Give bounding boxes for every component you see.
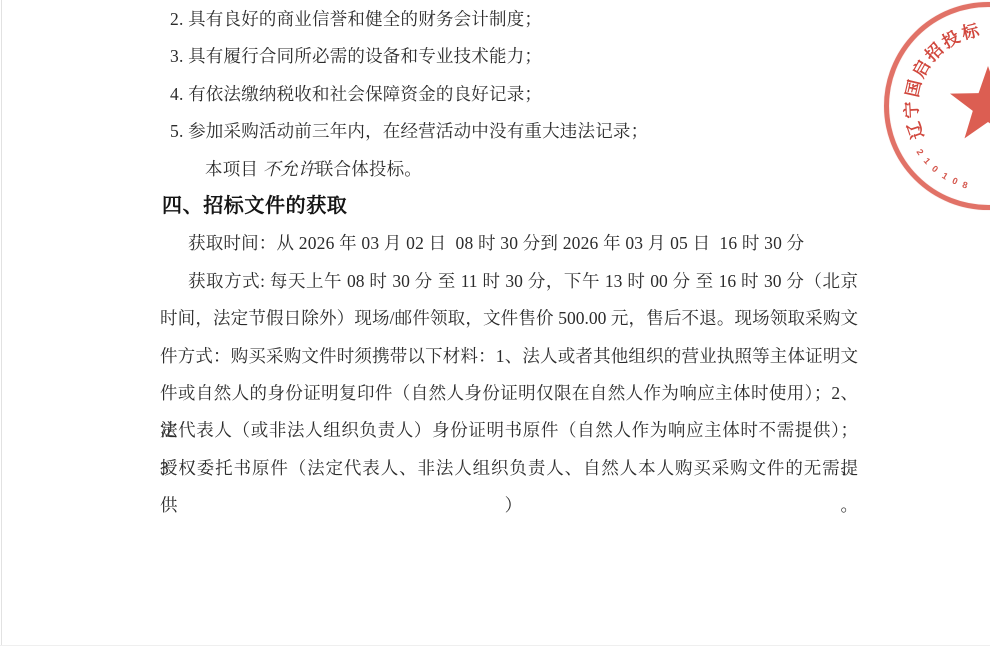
acquisition-method-line-5: 定代表人（或非法人组织负责人）身份证明书原件（自然人作为响应主体时不需提供）；3… — [160, 412, 858, 449]
acquisition-method-line-3: 件方式：购买采购文件时须携带以下材料：1、法人或者其他组织的营业执照等主体证明文 — [160, 338, 858, 375]
consortium-bid-note: 本项目 不允许联合体投标。 — [160, 151, 858, 188]
acquisition-method-line-4: 件或自然人的身份证明复印件（自然人身份证明仅限在自然人作为响应主体时使用）；2、… — [160, 375, 858, 412]
stamp-serial-digit: 0 — [951, 175, 960, 186]
star-icon — [946, 64, 990, 148]
document-body: 2. 具有良好的商业信誉和健全的财务会计制度； 3. 具有履行合同所必需的设备和… — [160, 1, 858, 487]
qualification-item-4: 4. 有依法缴纳税收和社会保障资金的良好记录； — [160, 76, 858, 113]
scanned-tender-document-page: 2. 具有良好的商业信誉和健全的财务会计制度； 3. 具有履行合同所必需的设备和… — [0, 0, 990, 646]
acquisition-method-line-6: 授权委托书原件（法定代表人、非法人组织负责人、自然人本人购买采购文件的无需提供）… — [160, 450, 858, 487]
stamp-serial-digit: 2 — [914, 147, 925, 157]
section-heading-document-acquisition: 四、招标文件的获取 — [160, 188, 858, 225]
stamp-ring — [884, 2, 990, 210]
stamp-arc-char: 启 — [905, 55, 935, 82]
stamp-arc-char: 宁 — [897, 101, 923, 119]
stamp-arc-char: 招 — [918, 36, 948, 66]
stamp-arc-char: 辽 — [899, 119, 928, 143]
note-emphasis-not-allowed: 不允许 — [263, 159, 316, 179]
stamp-serial-digit: 1 — [922, 156, 933, 166]
stamp-arc-char: 标 — [959, 16, 981, 44]
scan-edge-artifact — [1, 0, 2, 646]
stamp-arc-char: 投 — [937, 23, 964, 53]
stamp-arc-char: 国 — [898, 77, 926, 99]
qualification-item-5: 5. 参加采购活动前三年内，在经营活动中没有重大违法记录； — [160, 113, 858, 150]
qualification-item-3: 3. 具有履行合同所必需的设备和专业技术能力； — [160, 38, 858, 75]
acquisition-method-line-2: 时间，法定节假日除外）现场/邮件领取，文件售价 500.00 元，售后不退。现场… — [160, 300, 858, 337]
note-suffix: 联合体投标。 — [316, 159, 422, 179]
note-prefix: 本项目 — [205, 159, 263, 179]
stamp-serial-digit: 1 — [940, 170, 950, 181]
stamp-serial-digit: 0 — [930, 164, 940, 175]
stamp-serial-digit: 8 — [961, 180, 969, 191]
acquisition-time-line: 获取时间：从 2026 年 03 月 02 日 08 时 30 分到 2026 … — [160, 225, 858, 262]
acquisition-method-line-1: 获取方式: 每天上午 08 时 30 分 至 11 时 30 分，下午 13 时… — [160, 263, 858, 300]
qualification-item-2: 2. 具有良好的商业信誉和健全的财务会计制度； — [160, 1, 858, 38]
